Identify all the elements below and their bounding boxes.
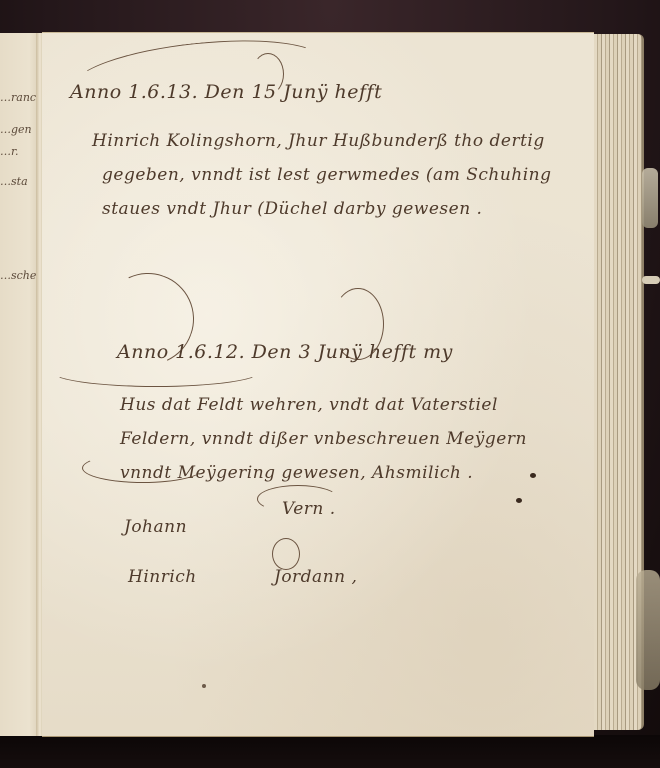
ink-blot bbox=[516, 498, 522, 503]
entry-1-line-3: staues vndt Jhur (Düchel darby gewesen . bbox=[102, 199, 482, 219]
left-page-fragment: …r. bbox=[0, 145, 19, 158]
ink-speck bbox=[202, 684, 206, 688]
flourish-decoration bbox=[69, 30, 326, 118]
entry-2-line-1: Hus dat Feldt wehren, vndt dat Vaterstie… bbox=[120, 395, 498, 415]
manuscript-page: Anno 1.6.13. Den 15 Junÿ hefft Hinrich K… bbox=[42, 32, 594, 737]
entry-1-line-1: Hinrich Kolingshorn, Jhur Hußbunderß tho… bbox=[92, 131, 545, 151]
left-page-fragment: …sche bbox=[0, 269, 36, 282]
signature-left-2: Hinrich bbox=[128, 567, 197, 587]
entry-1-heading: Anno 1.6.13. Den 15 Junÿ hefft bbox=[70, 81, 382, 103]
left-page-fragment: …sta bbox=[0, 175, 28, 188]
bottom-shadow bbox=[0, 735, 660, 768]
binding-thread bbox=[642, 168, 658, 228]
binding-thread bbox=[642, 276, 660, 284]
signature-right-2: Jordann , bbox=[274, 567, 357, 587]
entry-1-line-2: gegeben, vnndt ist lest gerwmedes (am Sc… bbox=[102, 165, 552, 185]
signature-left-1: Johann bbox=[124, 517, 187, 537]
entry-2-heading: Anno 1.6.12. Den 3 Junÿ hefft my bbox=[117, 341, 453, 363]
entry-2-line-3: vnndt Meÿgering gewesen, Ahsmilich . bbox=[120, 463, 473, 483]
ink-blot bbox=[530, 473, 536, 478]
entry-2-line-2: Feldern, vnndt dißer vnbeschreuen Meÿger… bbox=[120, 429, 527, 449]
binding-thread bbox=[636, 570, 660, 690]
flourish-decoration bbox=[272, 538, 300, 570]
signature-right-1: Vern . bbox=[282, 499, 336, 519]
left-page-fragment: …gen bbox=[0, 123, 32, 136]
